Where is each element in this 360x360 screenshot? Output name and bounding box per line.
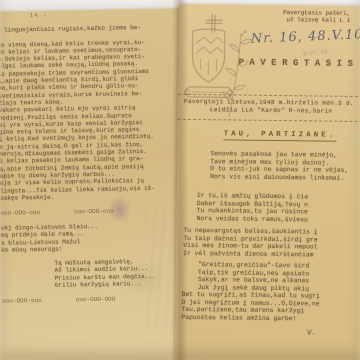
right-page: Pavergtasis pašėri, už laisvę kali L i N… [175, 4, 360, 360]
poem-stanza-3: Tu nepavargstąs balsas,šaukiantis įTu ta… [183, 227, 318, 259]
document-photo: 14 - o linguojančiais rugiais,kažko jiem… [0, 0, 360, 360]
poem-title: TAU, PARTIZANE. [224, 130, 337, 141]
left-page-poem-stanza-1: vėj dingo-Lietuvos blaiu...mą pridėjo da… [1, 223, 99, 254]
page-number: 14 - [30, 12, 49, 19]
left-page: 14 - o linguojančiais rugiais,kažko jiem… [0, 8, 190, 360]
poem-stanza-2: Ir tu,iš amžių glūdumos į čiaDabar išsau… [197, 192, 309, 224]
author-signature: V. [307, 329, 316, 337]
separator-row-bottom: ooo-OOO-ooo ooo-OOO-OOO [2, 296, 115, 305]
separator-ornament: ooo-OOO-OOO [76, 296, 116, 304]
scroll-banner-icon [184, 87, 232, 98]
left-page-poem-stanza-2: Tą mūšiutą sengalvėlę,Aš likimui audžiu … [54, 258, 155, 289]
poem-stanza-1: Senovės pasakose jau tave minėjo,Tave mi… [210, 150, 348, 182]
poem-stanza-4: "Greičiau,greičiau"-tavo širdTaip,tik gr… [198, 261, 310, 293]
ink-stain [107, 195, 132, 223]
poem-stanza-5: Bet tu sugrįži,aš žinau,kad tu sugrįO je… [181, 291, 319, 323]
shield-icon [192, 29, 225, 82]
left-page-body-text: o linguojančiais rugiais,kažko jiems be-… [0, 24, 155, 202]
imprint-block: Pavergtoji Lietuva,1948 m.birželio mėn.3… [184, 98, 354, 116]
masthead-motto: Pavergtasis pašėri, už laisvę kali L i [283, 9, 350, 24]
separator-ornament: ooo-OOO-ooo [0, 209, 40, 217]
pencil-smudge [145, 208, 175, 329]
pencil-date-note: 3-VI-48 [302, 48, 328, 58]
separator-ornament: ooo-OOO-ooo [2, 297, 42, 305]
separator-row-top: ooo-OOO-ooo ooo-OOO-ooo [0, 208, 113, 217]
handwritten-issue-number: Nr. 16, 48.V.10, [251, 27, 360, 47]
